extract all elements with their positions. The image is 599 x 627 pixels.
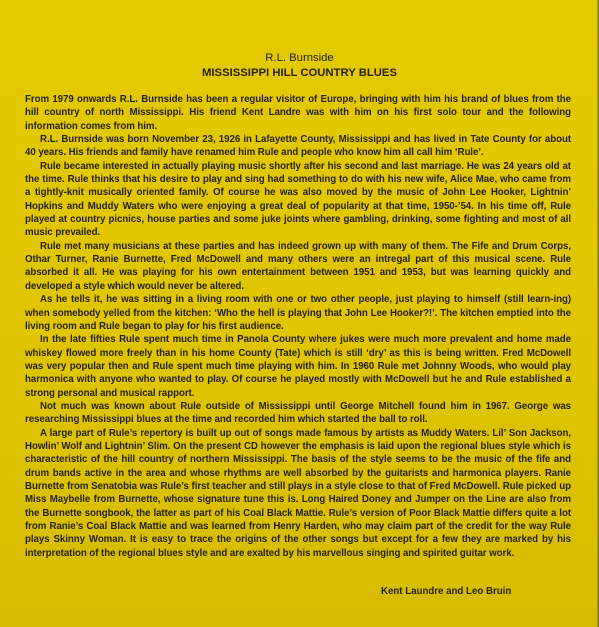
liner-notes-header: R.L. Burnside MISSISSIPPI HILL COUNTRY B… — [0, 51, 599, 81]
authors-signature: Kent Laundre and Leo Bruin — [381, 586, 511, 597]
liner-notes-body: From 1979 onwards R.L. Burnside has been… — [25, 93, 571, 560]
paragraph-panola-county: In the late fifties Rule spent much time… — [25, 333, 571, 400]
liner-notes-page: R.L. Burnside MISSISSIPPI HILL COUNTRY B… — [0, 0, 599, 627]
artist-name: R.L. Burnside — [0, 51, 599, 66]
paragraph-first-audience: As he tells it, he was sitting in a livi… — [25, 293, 571, 333]
paragraph-early-interest: Rule became interested in actually playi… — [25, 160, 571, 240]
paragraph-intro: From 1979 onwards R.L. Burnside has been… — [25, 93, 571, 133]
paragraph-musicians: Rule met many musicians at these parties… — [25, 240, 571, 293]
paragraph-george-mitchell: Not much was known about Rule outside of… — [25, 400, 571, 427]
album-title: MISSISSIPPI HILL COUNTRY BLUES — [0, 66, 599, 81]
paragraph-repertory: A large part of Rule’s repertory is buil… — [25, 427, 571, 560]
paragraph-birth: R.L. Burnside was born November 23, 1926… — [25, 133, 571, 160]
